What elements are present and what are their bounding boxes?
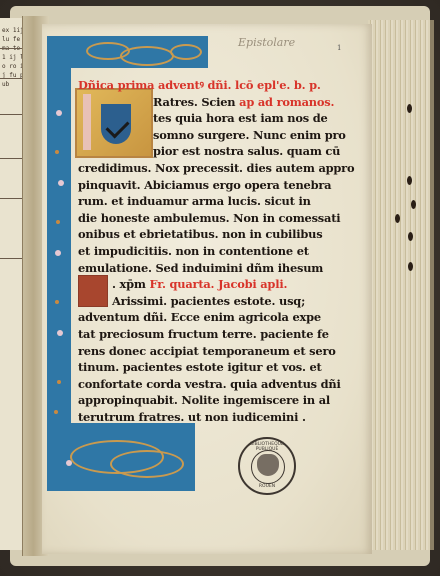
- gold-dot-ornament: [54, 410, 58, 414]
- text-line: tes quia hora est iam nos de: [78, 110, 368, 127]
- text-line: Arissimi. pacientes estote. usq;: [78, 293, 368, 310]
- gold-dot-ornament: [57, 380, 61, 384]
- text-line: . xp̄m Fr. quarta. Jacobi apli.: [78, 276, 368, 293]
- illuminated-border-left: [47, 36, 71, 490]
- rubric-span: Fr. quarta. Jacobi apli.: [150, 277, 288, 291]
- wormhole: [411, 200, 416, 209]
- text-line: onibus et ebrietatibus. non in cubilibus: [78, 226, 368, 243]
- text-line: emulatione. Sed induimini dñm ihesum: [78, 260, 368, 277]
- stamp-bottom-text: ROUEN: [240, 484, 294, 489]
- text-line: pinquavit. Abiciamus ergo opera tenebra: [78, 177, 368, 194]
- wormhole: [395, 214, 400, 223]
- text-span: Ratres. Scien: [153, 95, 239, 109]
- text-line: Ratres. Scien ap ad romanos.: [78, 94, 368, 111]
- flower-ornament: [58, 180, 64, 186]
- text-line: confortate corda vestra. quia adventus d…: [78, 376, 368, 393]
- text-line: tat preciosum fructum terre. paciente fe: [78, 326, 368, 343]
- wormhole: [408, 232, 413, 241]
- rubric-heading: Dñica prima adventꝰ dñi. lcō epl'e. b. p…: [78, 77, 368, 94]
- text-line: somno surgere. Nunc enim pro: [78, 127, 368, 144]
- flower-ornament: [56, 110, 62, 116]
- text-line: tinum. pacientes estote igitur et vos. e…: [78, 359, 368, 376]
- gold-dot-ornament: [55, 300, 59, 304]
- text-line: adventum dñi. Ecce enim agricola expe: [78, 309, 368, 326]
- text-line: credidimus. Nox precessit. dies autem ap…: [78, 160, 368, 177]
- flower-ornament: [55, 250, 61, 256]
- wormhole: [407, 176, 412, 185]
- library-stamp: BIBLIOTHEQUE PUBLIQUE ROUEN: [238, 437, 296, 495]
- heraldic-emblem-icon: [257, 454, 279, 476]
- text-line: pior est nostra salus. quam cū: [78, 143, 368, 160]
- text-span: . xp̄m: [112, 277, 150, 291]
- flower-ornament: [57, 330, 63, 336]
- folio-mark: 1: [337, 44, 341, 52]
- gold-dot-ornament: [56, 220, 60, 224]
- text-line: et impudicitiis. non in contentione et: [78, 243, 368, 260]
- rubric-span: ap ad romanos.: [239, 95, 334, 109]
- text-line: terutrum fratres. ut non iudicemini .: [78, 409, 368, 426]
- gold-vine-ornament: [110, 450, 184, 478]
- text-line: appropinquabit. Nolite ingemiscere in al: [78, 392, 368, 409]
- text-line: rens donec accipiat temporaneum et sero: [78, 343, 368, 360]
- page-fore-edge: [368, 20, 434, 550]
- text-line: die honeste ambulemus. Non in comessati: [78, 210, 368, 227]
- running-head: Epistolare: [238, 36, 295, 49]
- manuscript-text: Dñica prima adventꝰ dñi. lcō epl'e. b. p…: [78, 77, 368, 425]
- wormhole: [407, 104, 412, 113]
- gold-vine-ornament: [120, 46, 174, 66]
- gold-dot-ornament: [55, 150, 59, 154]
- flower-ornament: [66, 460, 72, 466]
- text-line: rum. et induamur arma lucis. sicut in: [78, 193, 368, 210]
- gold-vine-ornament: [170, 44, 202, 60]
- wormhole: [408, 262, 413, 271]
